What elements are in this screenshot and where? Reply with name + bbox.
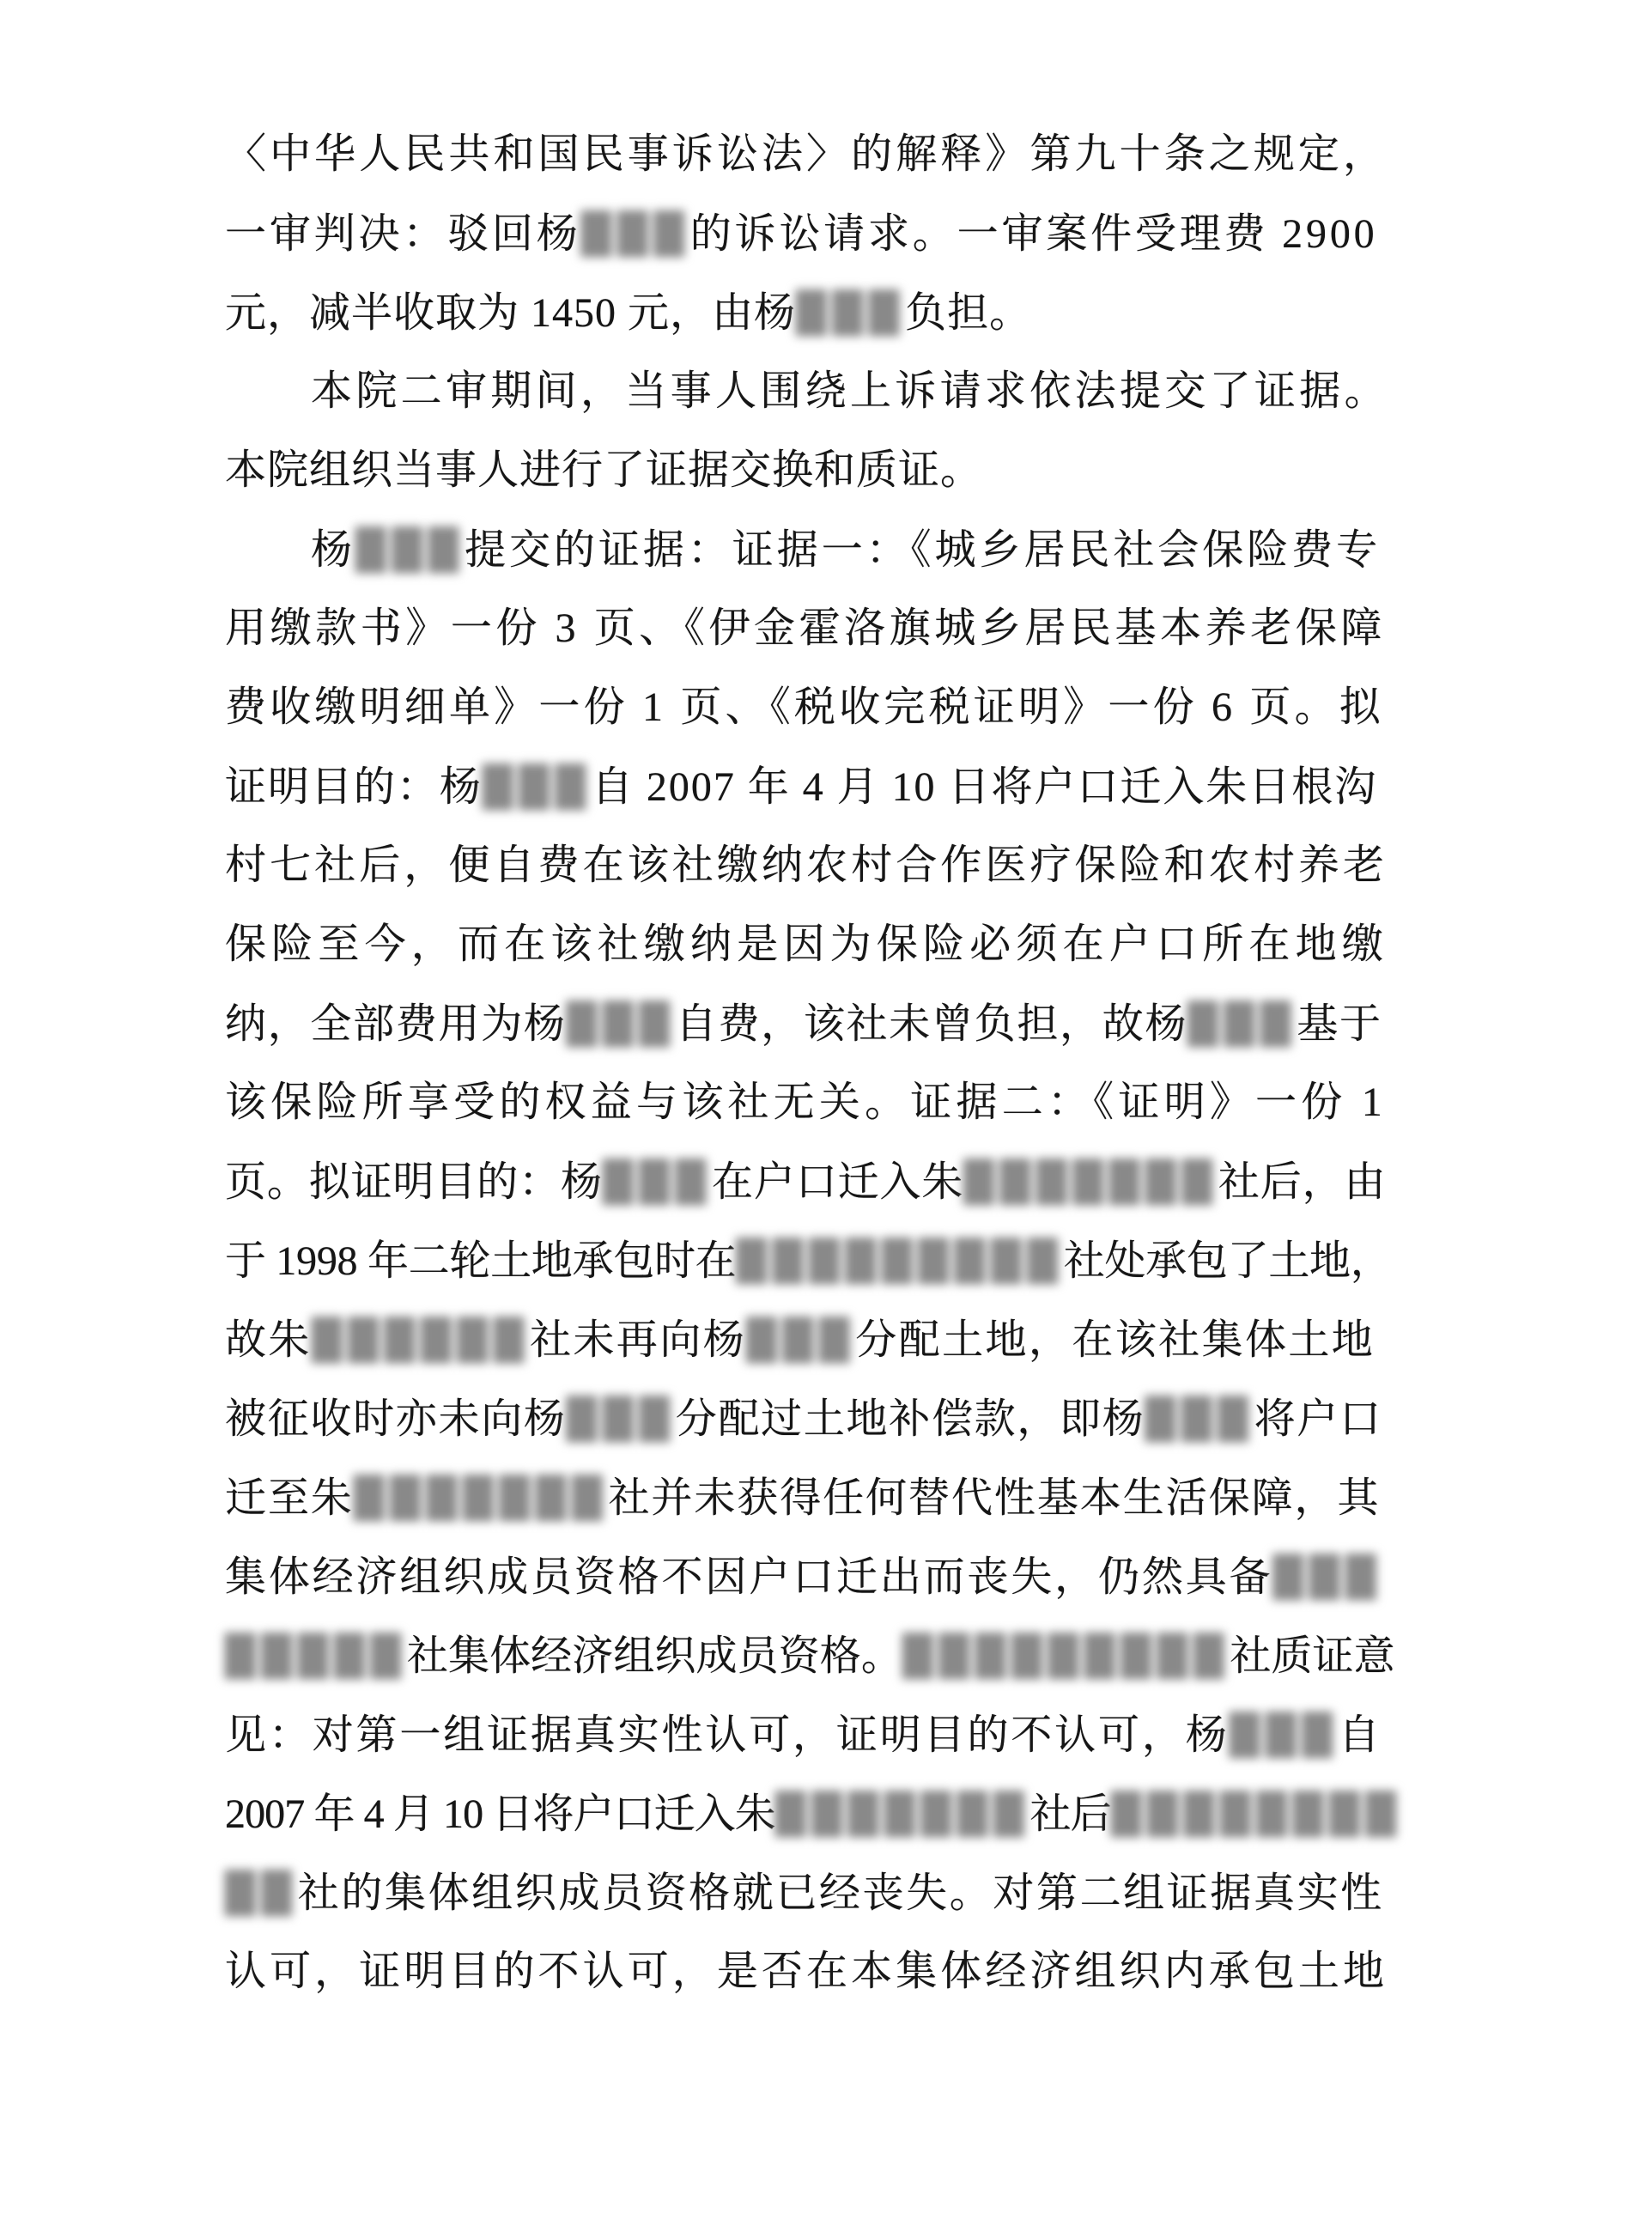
- text-segment: 〈中华人民共和国民事诉讼法〉的解释》第九十条之规定，: [225, 131, 1388, 177]
- text-segment: 保险至今，而在该社缴纳是因为保险必须在户口所在地缴: [225, 921, 1388, 967]
- text-segment: 认可，证明目的不认可，是否在本集体经济组织内承包土地: [225, 1949, 1388, 1994]
- text-line: 页。拟证明目的：杨███在户口迁入朱███████社后，由: [225, 1142, 1410, 1221]
- redacted-text: ███: [567, 1000, 676, 1047]
- redacted-text: █████: [225, 1633, 407, 1679]
- text-segment: 社的集体组织成员资格就已经丧失。对第二组证据真实性: [298, 1870, 1384, 1916]
- text-line: 本院组织当事人进行了证据交换和质证。: [225, 431, 1410, 510]
- text-segment: 迁至朱: [225, 1475, 354, 1521]
- text-segment: 杨: [311, 527, 355, 573]
- redacted-text: ███: [796, 289, 905, 336]
- text-segment: 的诉讼请求。一审案件受理费 2900: [690, 211, 1378, 257]
- redacted-text: ███: [746, 1317, 855, 1363]
- text-line: 〈中华人民共和国民事诉讼法〉的解释》第九十条之规定，: [225, 115, 1410, 194]
- redacted-text: ███: [581, 210, 690, 257]
- text-segment: 集体经济组织成员资格不因户口迁出而丧失，仍然具备: [225, 1554, 1272, 1600]
- text-segment: 社处承包了土地，: [1064, 1238, 1392, 1284]
- redacted-text: █████████: [736, 1238, 1063, 1284]
- text-line: 于 1998 年二轮土地承包时在█████████社处承包了土地，: [225, 1221, 1410, 1300]
- text-line: 保险至今，而在该社缴纳是因为保险必须在户口所在地缴: [225, 905, 1410, 984]
- text-line: 纳，全部费用为杨███自费，该社未曾负担，故杨███基于: [225, 984, 1410, 1063]
- redacted-text: ███████: [354, 1475, 609, 1521]
- text-line: 杨███提交的证据：证据一：《城乡居民社会保险费专: [225, 510, 1410, 589]
- redacted-text: ███████: [775, 1791, 1030, 1837]
- text-segment: 纳，全部费用为杨: [225, 1001, 567, 1047]
- text-line: 一审判决：驳回杨███的诉讼请求。一审案件受理费 2900: [225, 194, 1410, 273]
- redacted-text: ██████: [312, 1317, 530, 1363]
- text-segment: 被征收时亦未向杨: [225, 1396, 567, 1442]
- text-line: 该保险所享受的权益与该社无关。证据二：《证明》一份 1: [225, 1063, 1410, 1142]
- document-text: 〈中华人民共和国民事诉讼法〉的解释》第九十条之规定，一审判决：驳回杨███的诉讼…: [225, 115, 1410, 2011]
- redacted-text: ███: [1187, 1000, 1297, 1047]
- redacted-text: ██: [225, 1870, 298, 1916]
- text-segment: 费收缴明细单》一份 1 页、《税收完税证明》一份 6 页。拟: [225, 684, 1384, 730]
- text-segment: 分配土地，在该社集体土地: [855, 1317, 1375, 1363]
- text-segment: 本院二审期间，当事人围绕上诉请求依法提交了证据。: [311, 368, 1389, 414]
- text-segment: 分配过土地补偿款，即杨: [676, 1396, 1145, 1442]
- redacted-text: █████████: [902, 1633, 1230, 1679]
- redacted-text: ███████: [963, 1159, 1218, 1205]
- text-segment: 页。拟证明目的：杨: [225, 1159, 603, 1205]
- text-segment: 故朱: [225, 1317, 312, 1363]
- text-line: 本院二审期间，当事人围绕上诉请求依法提交了证据。: [225, 352, 1410, 431]
- text-line: 元，减半收取为 1450 元，由杨███负担。: [225, 273, 1410, 352]
- redacted-text: ███: [567, 1396, 676, 1442]
- redacted-text: ███: [1230, 1712, 1339, 1758]
- page: 〈中华人民共和国民事诉讼法〉的解释》第九十条之规定，一审判决：驳回杨███的诉讼…: [0, 0, 1652, 2226]
- text-segment: 该保险所享受的权益与该社无关。证据二：《证明》一份 1: [225, 1080, 1387, 1125]
- text-segment: 负担。: [905, 290, 1031, 336]
- text-line: 村七社后，便自费在该社缴纳农村合作医疗保险和农村养老: [225, 826, 1410, 905]
- text-segment: 一审判决：驳回杨: [225, 211, 581, 257]
- text-segment: 见：对第一组证据真实性认可，证明目的不认可，杨: [225, 1712, 1230, 1758]
- text-segment: 基于: [1297, 1001, 1382, 1047]
- redacted-text: ███: [1145, 1396, 1254, 1442]
- text-line: 集体经济组织成员资格不因户口迁出而丧失，仍然具备███: [225, 1537, 1410, 1616]
- text-segment: 村七社后，便自费在该社缴纳农村合作医疗保险和农村养老: [225, 842, 1388, 888]
- text-line: 故朱██████社未再向杨███分配土地，在该社集体土地: [225, 1300, 1410, 1379]
- text-segment: 将户口: [1254, 1396, 1382, 1442]
- text-line: 2007 年 4 月 10 日将户口迁入朱███████社后████████: [225, 1774, 1410, 1853]
- text-segment: 社后，由: [1218, 1159, 1386, 1205]
- text-segment: 自费，该社未曾负担，故杨: [676, 1001, 1187, 1047]
- redacted-text: ███: [1272, 1554, 1382, 1600]
- text-line: 证明目的：杨███自 2007 年 4 月 10 日将户口迁入朱日根沟: [225, 747, 1410, 826]
- text-line: 认可，证明目的不认可，是否在本集体经济组织内承包土地: [225, 1932, 1410, 2011]
- text-segment: 于 1998 年二轮土地承包时在: [225, 1238, 736, 1284]
- text-segment: 社质证意: [1230, 1633, 1394, 1679]
- redacted-text: ███: [355, 526, 465, 573]
- text-line: 用缴款书》一份 3 页、《伊金霍洛旗城乡居民基本养老保障: [225, 589, 1410, 668]
- text-segment: 证明目的：杨: [225, 764, 483, 810]
- text-line: 被征收时亦未向杨███分配过土地补偿款，即杨███将户口: [225, 1379, 1410, 1458]
- text-line: █████社集体经济组织成员资格。█████████社质证意: [225, 1616, 1410, 1695]
- redacted-text: ███: [603, 1159, 712, 1205]
- text-line: 见：对第一组证据真实性认可，证明目的不认可，杨███自: [225, 1695, 1410, 1774]
- redacted-text: ███: [483, 763, 592, 810]
- text-segment: 自 2007 年 4 月 10 日将户口迁入朱日根沟: [592, 764, 1377, 810]
- text-segment: 用缴款书》一份 3 页、《伊金霍洛旗城乡居民基本养老保障: [225, 605, 1386, 651]
- text-segment: 社未再向杨: [530, 1317, 746, 1363]
- text-segment: 本院组织当事人进行了证据交换和质证。: [225, 447, 982, 493]
- text-segment: 元，减半收取为 1450 元，由杨: [225, 290, 796, 336]
- text-segment: 自: [1339, 1712, 1382, 1758]
- text-line: 迁至朱███████社并未获得任何替代性基本生活保障，其: [225, 1458, 1410, 1537]
- text-line: 费收缴明细单》一份 1 页、《税收完税证明》一份 6 页。拟: [225, 668, 1410, 747]
- text-line: ██社的集体组织成员资格就已经丧失。对第二组证据真实性: [225, 1853, 1410, 1932]
- text-segment: 社后: [1030, 1791, 1111, 1837]
- text-segment: 2007 年 4 月 10 日将户口迁入朱: [225, 1791, 775, 1837]
- text-segment: 社并未获得任何替代性基本生活保障，其: [608, 1475, 1380, 1521]
- text-segment: 在户口迁入朱: [712, 1159, 963, 1205]
- text-segment: 社集体经济组织成员资格。: [407, 1633, 902, 1679]
- text-segment: 提交的证据：证据一：《城乡居民社会保险费专: [465, 527, 1381, 573]
- redacted-text: ████████: [1111, 1791, 1402, 1837]
